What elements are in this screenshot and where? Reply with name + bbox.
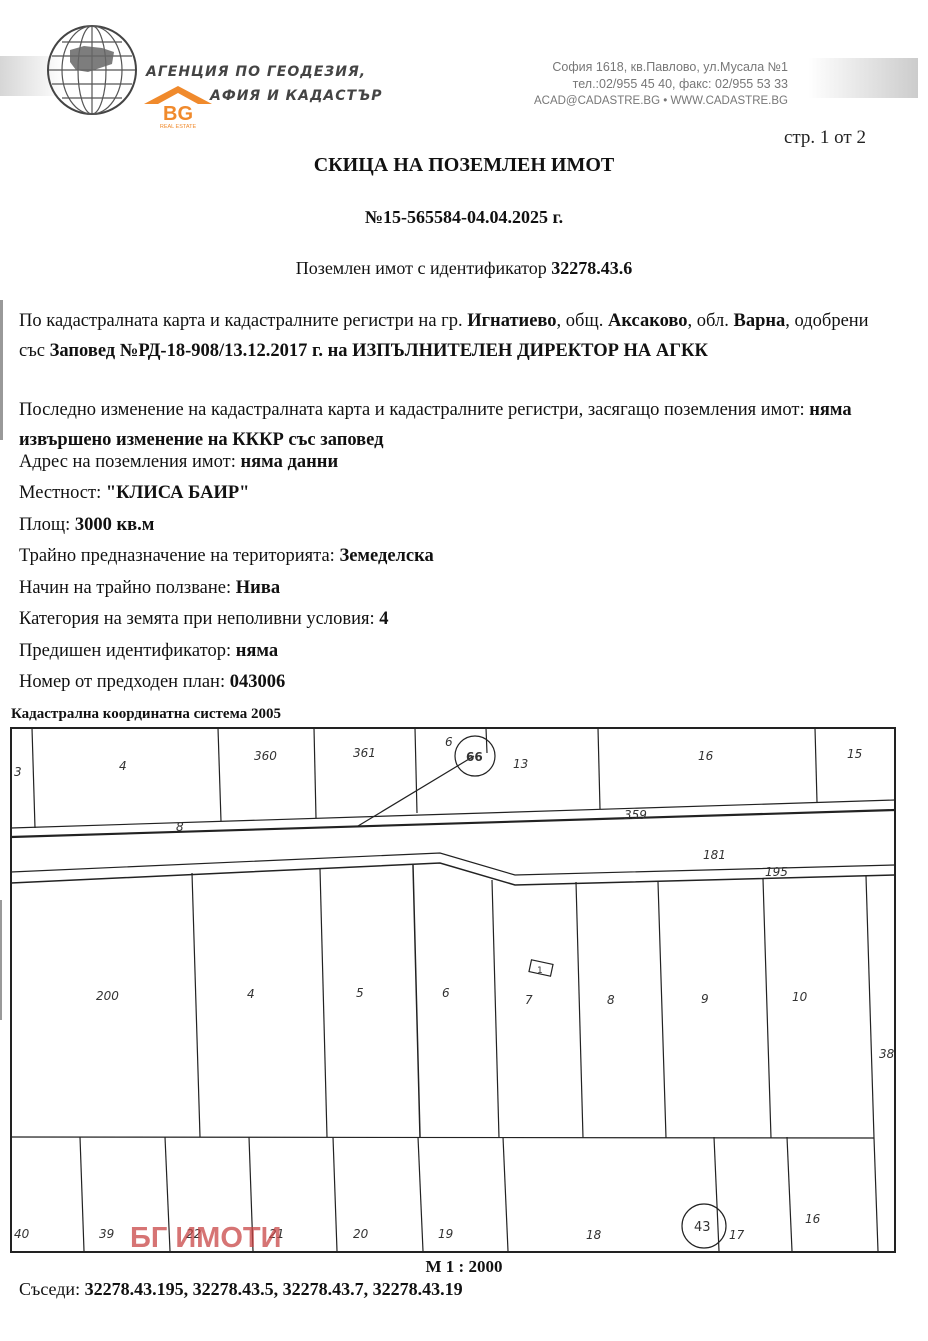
agency-globe-logo bbox=[44, 20, 140, 116]
last-change-paragraph: Последно изменение на кадастралната карт… bbox=[19, 395, 899, 455]
svg-text:17: 17 bbox=[729, 1228, 745, 1242]
property-field: Трайно предназначение на територията: Зе… bbox=[19, 546, 434, 567]
contact-address: София 1618, кв.Павлово, ул.Мусала №1 bbox=[508, 60, 788, 75]
scan-smudge bbox=[808, 58, 918, 98]
field-value: няма bbox=[236, 641, 278, 661]
svg-text:13: 13 bbox=[513, 757, 528, 771]
field-value: "КЛИСА БАИР" bbox=[106, 483, 250, 503]
svg-text:38: 38 bbox=[879, 1047, 895, 1061]
svg-text:5: 5 bbox=[356, 986, 364, 1000]
svg-text:4: 4 bbox=[119, 759, 127, 773]
svg-text:8: 8 bbox=[176, 820, 184, 834]
document-title: СКИЦА НА ПОЗЕМЛЕН ИМОТ bbox=[0, 154, 928, 177]
agency-name-line1: АГЕНЦИЯ ПО ГЕОДЕЗИЯ, bbox=[146, 64, 366, 80]
identifier-label: Поземлен имот с идентификатор bbox=[296, 258, 552, 278]
field-value: 043006 bbox=[230, 672, 286, 692]
municipality: Аксаково bbox=[608, 311, 688, 331]
svg-text:360: 360 bbox=[254, 749, 277, 763]
svg-text:195: 195 bbox=[765, 865, 788, 879]
svg-text:9: 9 bbox=[701, 992, 709, 1006]
svg-text:19: 19 bbox=[438, 1227, 453, 1241]
svg-text:66: 66 bbox=[466, 750, 483, 764]
bg-real-estate-logo: BG REAL ESTATE bbox=[142, 84, 214, 130]
neighbors-label: Съседи: bbox=[19, 1279, 85, 1299]
svg-text:40: 40 bbox=[14, 1227, 30, 1241]
svg-text:16: 16 bbox=[698, 749, 714, 763]
svg-text:361: 361 bbox=[353, 746, 376, 760]
field-value: няма данни bbox=[241, 452, 339, 472]
text: , общ. bbox=[557, 311, 608, 331]
text: По кадастралната карта и кадастралните р… bbox=[19, 311, 467, 331]
svg-text:39: 39 bbox=[99, 1227, 114, 1241]
map-scale: М 1 : 2000 bbox=[0, 1257, 928, 1277]
contact-web: ACAD@CADASTRE.BG • WWW.CADASTRE.BG bbox=[508, 94, 788, 109]
property-field: Номер от предходен план: 043006 bbox=[19, 672, 285, 693]
svg-text:15: 15 bbox=[847, 747, 862, 761]
last-change-label: Последно изменение на кадастралната карт… bbox=[19, 400, 809, 420]
svg-text:1: 1 bbox=[537, 966, 543, 976]
property-identifier: Поземлен имот с идентификатор 32278.43.6 bbox=[0, 258, 928, 279]
svg-text:18: 18 bbox=[586, 1228, 602, 1242]
agency-name-line2: АФИЯ И КАДАСТЪР bbox=[210, 88, 383, 104]
svg-text:359: 359 bbox=[624, 808, 647, 822]
identifier-value: 32278.43.6 bbox=[551, 258, 632, 278]
property-field: Местност: "КЛИСА БАИР" bbox=[19, 483, 249, 504]
property-field: Площ: 3000 кв.м bbox=[19, 515, 154, 536]
field-label: Адрес на поземления имот: bbox=[19, 452, 241, 472]
svg-text:6: 6 bbox=[442, 986, 450, 1000]
text: , обл. bbox=[688, 311, 734, 331]
svg-text:181: 181 bbox=[703, 848, 726, 862]
svg-text:4: 4 bbox=[247, 987, 255, 1001]
field-value: Нива bbox=[236, 578, 280, 598]
property-field: Адрес на поземления имот: няма данни bbox=[19, 452, 338, 473]
town: Игнатиево bbox=[467, 311, 556, 331]
property-field: Предишен идентификатор: няма bbox=[19, 641, 278, 662]
field-value: Земеделска bbox=[339, 546, 433, 566]
svg-text:3: 3 bbox=[14, 765, 22, 779]
svg-text:200: 200 bbox=[96, 989, 119, 1003]
field-label: Местност: bbox=[19, 483, 106, 503]
document-number: №15-565584-04.04.2025 г. bbox=[0, 207, 928, 228]
margin-mark bbox=[0, 300, 3, 440]
property-field: Категория на земята при неполивни услови… bbox=[19, 609, 389, 630]
field-label: Трайно предназначение на територията: bbox=[19, 546, 339, 566]
svg-text:10: 10 bbox=[792, 990, 808, 1004]
property-field: Начин на трайно ползване: Нива bbox=[19, 578, 280, 599]
contact-phone: тел.:02/955 45 40, факс: 02/955 53 33 bbox=[508, 77, 788, 92]
field-label: Предишен идентификатор: bbox=[19, 641, 236, 661]
page-indicator: стр. 1 от 2 bbox=[784, 127, 866, 149]
field-label: Площ: bbox=[19, 515, 75, 535]
neighbors-value: 32278.43.195, 32278.43.5, 32278.43.7, 32… bbox=[85, 1279, 463, 1299]
field-value: 3000 кв.м bbox=[75, 515, 155, 535]
region: Варна bbox=[733, 311, 785, 331]
svg-text:BG: BG bbox=[163, 103, 193, 125]
svg-text:7: 7 bbox=[525, 993, 533, 1007]
svg-text:16: 16 bbox=[805, 1212, 821, 1226]
svg-text:REAL ESTATE: REAL ESTATE bbox=[160, 124, 197, 130]
svg-text:43: 43 bbox=[694, 1220, 711, 1235]
field-label: Категория на земята при неполивни услови… bbox=[19, 609, 379, 629]
svg-text:20: 20 bbox=[353, 1227, 369, 1241]
neighbors: Съседи: 32278.43.195, 32278.43.5, 32278.… bbox=[19, 1279, 463, 1300]
cadastral-map: 3 4 360 361 6 13 16 15 66 8 359 181 195 … bbox=[0, 720, 928, 1260]
field-label: Номер от предходен план: bbox=[19, 672, 230, 692]
approval-order: Заповед №РД-18-908/13.12.2017 г. на ИЗПЪ… bbox=[50, 341, 708, 361]
cadastral-paragraph: По кадастралната карта и кадастралните р… bbox=[19, 306, 899, 366]
field-value: 4 bbox=[379, 609, 388, 629]
watermark: БГ ИМОТИ bbox=[130, 1222, 281, 1255]
field-label: Начин на трайно ползване: bbox=[19, 578, 236, 598]
svg-text:8: 8 bbox=[607, 993, 615, 1007]
svg-text:6: 6 bbox=[445, 735, 453, 749]
